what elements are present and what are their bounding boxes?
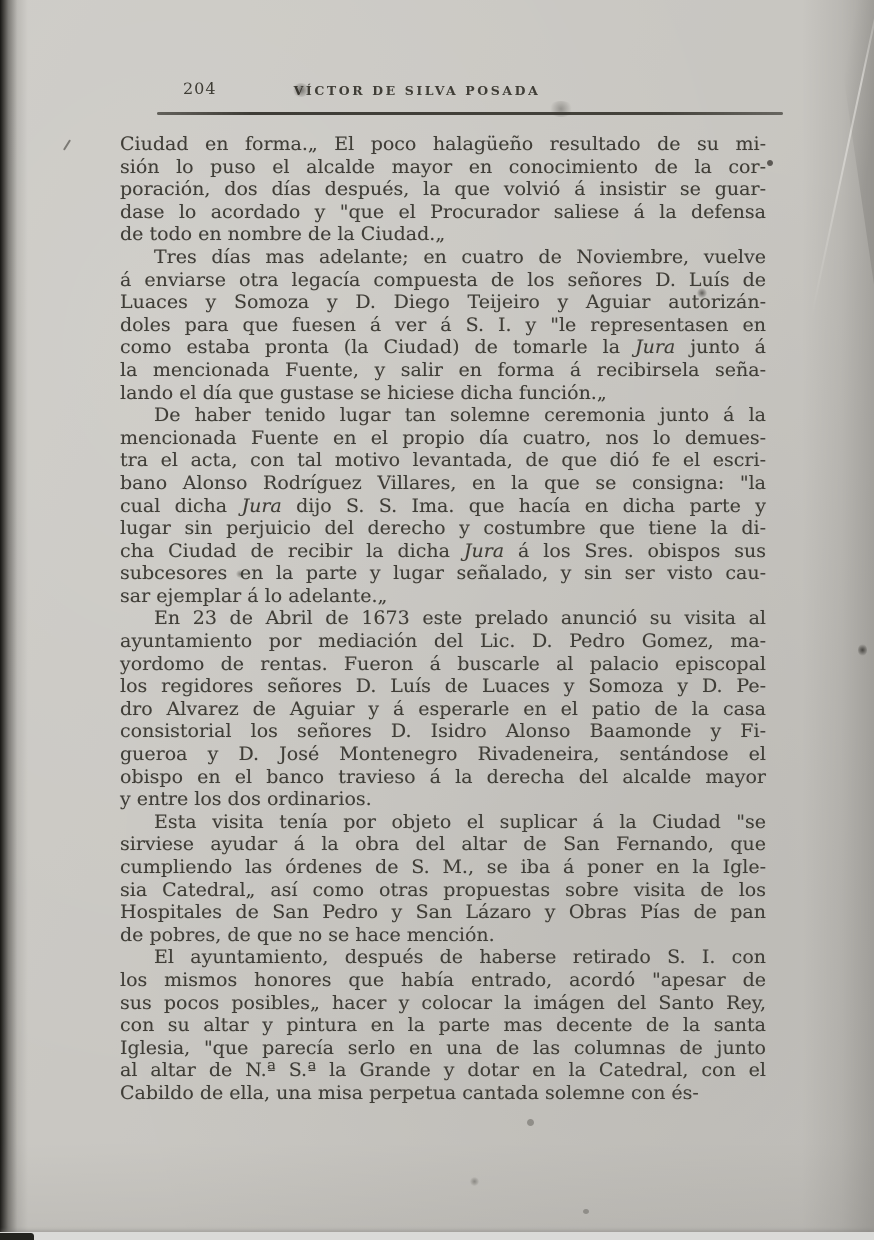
- text-line: á enviarse otra legacía compuesta de los…: [120, 269, 766, 292]
- gutter-shadow: [0, 0, 28, 1240]
- text-segment: al altar de N.ª S.ª la Grande y dotar en…: [120, 1059, 766, 1081]
- italic-text-segment: Jura: [464, 540, 504, 562]
- text-segment: dase lo acordado y "que el Procurador sa…: [120, 201, 766, 223]
- text-segment: mencionada Fuente en el propio día cuatr…: [120, 427, 766, 449]
- text-segment: Ciudad en forma.„ El poco halagüeño resu…: [120, 133, 766, 155]
- text-segment: ayuntamiento por mediación del Lic. D. P…: [120, 630, 766, 652]
- text-line: Cabildo de ella, una misa perpetua canta…: [120, 1082, 766, 1105]
- text-line: dase lo acordado y "que el Procurador sa…: [120, 201, 766, 224]
- ink-speck: [767, 160, 773, 166]
- text-line: consistorial los señores D. Isidro Alons…: [120, 720, 766, 743]
- text-segment: sar ejemplar á lo adelante.„: [120, 585, 387, 607]
- text-line: doles para que fuesen á ver á S. I. y "l…: [120, 314, 766, 337]
- text-line: sión lo puso el alcalde mayor en conocim…: [120, 156, 766, 179]
- text-line: Ciudad en forma.„ El poco halagüeño resu…: [120, 133, 766, 156]
- text-line: sia Catedral„ así como otras propuestas …: [120, 879, 766, 902]
- margin-pen-mark: [63, 139, 71, 150]
- page-number: 204: [183, 79, 217, 98]
- text-segment: consistorial los señores D. Isidro Alons…: [120, 720, 766, 742]
- text-segment: Tres días mas adelante; en cuatro de Nov…: [154, 246, 766, 268]
- text-line: Esta visita tenía por objeto el suplicar…: [120, 811, 766, 834]
- text-line: Tres días mas adelante; en cuatro de Nov…: [120, 246, 766, 269]
- text-line: Hospitales de San Pedro y San Lázaro y O…: [120, 901, 766, 924]
- text-line: cual dicha Jura dijo S. S. Ima. que hací…: [120, 495, 766, 518]
- text-line: bano Alonso Rodríguez Villares, en la qu…: [120, 472, 766, 495]
- bottom-vignette: [0, 1142, 874, 1232]
- text-line: ayuntamiento por mediación del Lic. D. P…: [120, 630, 766, 653]
- text-line: los regidores señores D. Luís de Luaces …: [120, 675, 766, 698]
- text-line: cha Ciudad de recibir la dicha Jura á lo…: [120, 540, 766, 563]
- text-line: poración, dos días después, la que volvi…: [120, 178, 766, 201]
- text-line: de todo en nombre de la Ciudad.„: [120, 223, 766, 246]
- text-line: subcesores en la parte y lugar señalado,…: [120, 562, 766, 585]
- body-text-block: Ciudad en forma.„ El poco halagüeño resu…: [120, 133, 766, 1105]
- text-line: sirviese ayudar á la obra del altar de S…: [120, 833, 766, 856]
- text-segment: De haber tenido lugar tan solemne ceremo…: [154, 404, 766, 426]
- text-segment: Hospitales de San Pedro y San Lázaro y O…: [120, 901, 766, 923]
- text-line: de pobres, de que no se hace mención.: [120, 924, 766, 947]
- text-segment: lugar sin perjuicio del derecho y costum…: [120, 517, 766, 539]
- text-line: tra el acta, con tal motivo levantada, d…: [120, 449, 766, 472]
- scan-bottom-strip: [0, 1232, 874, 1240]
- text-line: obispo en el banco travieso á la derecha…: [120, 766, 766, 789]
- text-segment: á los Sres. obispos sus: [504, 540, 766, 562]
- text-segment: sus pocos posibles„ hacer y colocar la i…: [120, 992, 766, 1014]
- text-segment: de pobres, de que no se hace mención.: [120, 924, 495, 946]
- book-page-scan: 204 VÍCTOR DE SILVA POSADA Ciudad en for…: [0, 0, 874, 1240]
- text-line: Luaces y Somoza y D. Diego Teijeiro y Ag…: [120, 291, 766, 314]
- paper-stain: [527, 1119, 534, 1126]
- text-segment: sirviese ayudar á la obra del altar de S…: [120, 833, 766, 855]
- text-line: cumpliendo las órdenes de S. M., se iba …: [120, 856, 766, 879]
- text-segment: cual dicha: [120, 495, 241, 517]
- running-title: VÍCTOR DE SILVA POSADA: [294, 83, 541, 98]
- header-rule: [157, 112, 783, 115]
- text-segment: los regidores señores D. Luís de Luaces …: [120, 675, 766, 697]
- text-segment: sia Catedral„ así como otras propuestas …: [120, 879, 766, 901]
- text-line: lando el día que gustase se hiciese dich…: [120, 382, 766, 405]
- text-segment: dijo S. S. Ima. que hacía en dicha parte…: [282, 495, 766, 517]
- text-segment: Esta visita tenía por objeto el suplicar…: [154, 811, 766, 833]
- text-line: De haber tenido lugar tan solemne ceremo…: [120, 404, 766, 427]
- text-line: con su altar y pintura en la parte mas d…: [120, 1014, 766, 1037]
- text-line: sar ejemplar á lo adelante.„: [120, 585, 766, 608]
- text-segment: junto á: [675, 336, 766, 358]
- ink-smudge: [548, 101, 574, 117]
- text-segment: obispo en el banco travieso á la derecha…: [120, 766, 766, 788]
- text-segment: con su altar y pintura en la parte mas d…: [120, 1014, 766, 1036]
- text-line: los mismos honores que había entrado, ac…: [120, 969, 766, 992]
- text-segment: gueroa y D. José Montenegro Rivadeneira,…: [120, 743, 766, 765]
- text-line: En 23 de Abril de 1673 este prelado anun…: [120, 607, 766, 630]
- text-segment: la mencionada Fuente, y salir en forma á…: [120, 359, 766, 381]
- text-segment: subcesores en la parte y lugar señalado,…: [120, 562, 766, 584]
- text-segment: tra el acta, con tal motivo levantada, d…: [120, 449, 766, 471]
- text-line: sus pocos posibles„ hacer y colocar la i…: [120, 992, 766, 1015]
- italic-text-segment: Jura: [635, 336, 675, 358]
- text-line: la mencionada Fuente, y salir en forma á…: [120, 359, 766, 382]
- text-line: gueroa y D. José Montenegro Rivadeneira,…: [120, 743, 766, 766]
- text-segment: poración, dos días después, la que volvi…: [120, 178, 766, 200]
- text-segment: En 23 de Abril de 1673 este prelado anun…: [154, 607, 766, 629]
- text-segment: y entre los dos ordinarios.: [120, 788, 372, 810]
- text-segment: como estaba pronta (la Ciudad) de tomarl…: [120, 336, 635, 358]
- text-segment: de todo en nombre de la Ciudad.„: [120, 223, 445, 245]
- text-segment: bano Alonso Rodríguez Villares, en la qu…: [120, 472, 766, 494]
- text-line: al altar de N.ª S.ª la Grande y dotar en…: [120, 1059, 766, 1082]
- text-segment: cha Ciudad de recibir la dicha: [120, 540, 464, 562]
- text-segment: dro Alvarez de Aguiar y á esperarle en e…: [120, 698, 766, 720]
- text-segment: á enviarse otra legacía compuesta de los…: [120, 269, 766, 291]
- italic-text-segment: Jura: [241, 495, 281, 517]
- text-segment: cumpliendo las órdenes de S. M., se iba …: [120, 856, 766, 878]
- text-segment: doles para que fuesen á ver á S. I. y "l…: [120, 314, 766, 336]
- text-line: yordomo de rentas. Fueron á buscarle al …: [120, 653, 766, 676]
- scan-corner-mark: [0, 1233, 34, 1240]
- text-segment: Iglesia, "que parecía serlo en una de la…: [120, 1037, 766, 1059]
- text-segment: El ayuntamiento, después de haberse reti…: [154, 946, 766, 968]
- text-line: como estaba pronta (la Ciudad) de tomarl…: [120, 336, 766, 359]
- text-segment: los mismos honores que había entrado, ac…: [120, 969, 766, 991]
- text-segment: yordomo de rentas. Fueron á buscarle al …: [120, 653, 766, 675]
- text-line: mencionada Fuente en el propio día cuatr…: [120, 427, 766, 450]
- text-line: lugar sin perjuicio del derecho y costum…: [120, 517, 766, 540]
- text-segment: sión lo puso el alcalde mayor en conocim…: [120, 156, 766, 178]
- text-line: El ayuntamiento, después de haberse reti…: [120, 946, 766, 969]
- text-line: y entre los dos ordinarios.: [120, 788, 766, 811]
- text-segment: lando el día que gustase se hiciese dich…: [120, 382, 607, 404]
- text-line: dro Alvarez de Aguiar y á esperarle en e…: [120, 698, 766, 721]
- text-segment: Cabildo de ella, una misa perpetua canta…: [120, 1082, 699, 1104]
- text-line: Iglesia, "que parecía serlo en una de la…: [120, 1037, 766, 1060]
- text-segment: Luaces y Somoza y D. Diego Teijeiro y Ag…: [120, 291, 766, 313]
